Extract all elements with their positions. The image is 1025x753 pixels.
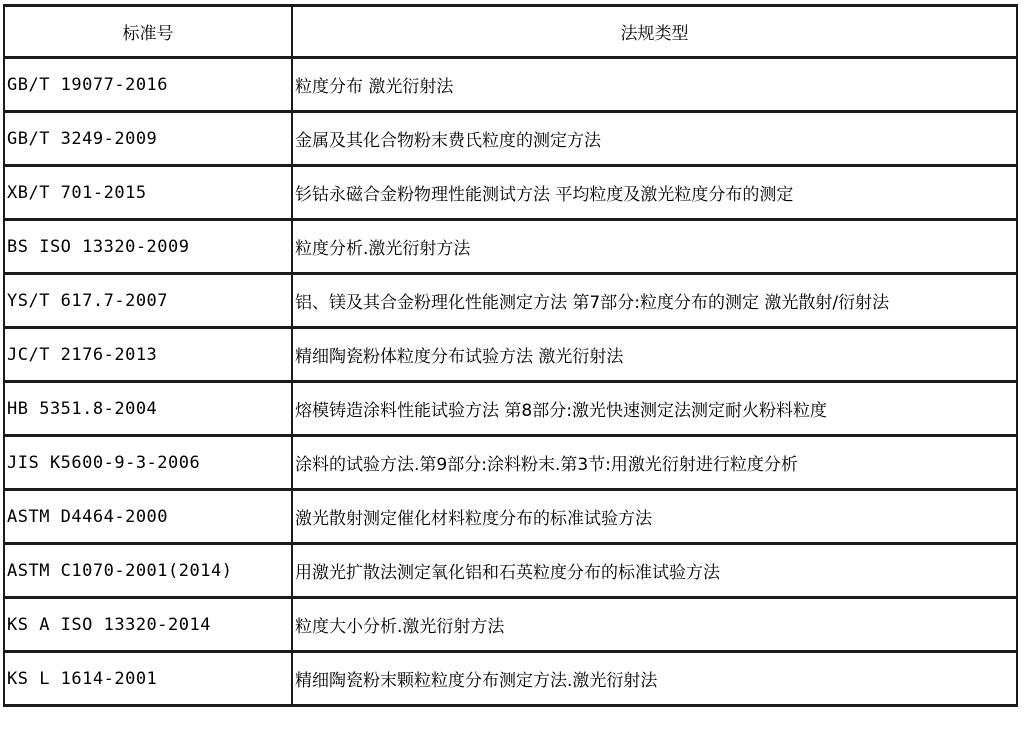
standard-no-cell: JIS K5600-9-3-2006 bbox=[4, 436, 292, 490]
column-header-standard-no: 标准号 bbox=[4, 6, 292, 58]
standard-no-cell: ASTM D4464-2000 bbox=[4, 490, 292, 544]
table-row: XB/T 701-2015 钐钴永磁合金粉物理性能测试方法 平均粒度及激光粒度分… bbox=[4, 166, 1017, 220]
regulation-type-cell: 粒度分布 激光衍射法 bbox=[292, 58, 1017, 112]
table-row: KS A ISO 13320-2014 粒度大小分析.激光衍射方法 bbox=[4, 598, 1017, 652]
regulation-type-cell: 用激光扩散法测定氧化铝和石英粒度分布的标准试验方法 bbox=[292, 544, 1017, 598]
table-row: GB/T 19077-2016 粒度分布 激光衍射法 bbox=[4, 58, 1017, 112]
regulation-type-cell: 粒度分析.激光衍射方法 bbox=[292, 220, 1017, 274]
table-row: YS/T 617.7-2007 铝、镁及其合金粉理化性能测定方法 第7部分:粒度… bbox=[4, 274, 1017, 328]
standard-no-cell: KS A ISO 13320-2014 bbox=[4, 598, 292, 652]
regulation-type-cell: 金属及其化合物粉末费氏粒度的测定方法 bbox=[292, 112, 1017, 166]
standard-no-cell: JC/T 2176-2013 bbox=[4, 328, 292, 382]
table-row: GB/T 3249-2009 金属及其化合物粉末费氏粒度的测定方法 bbox=[4, 112, 1017, 166]
standard-no-cell: ASTM C1070-2001(2014) bbox=[4, 544, 292, 598]
regulation-type-cell: 精细陶瓷粉体粒度分布试验方法 激光衍射法 bbox=[292, 328, 1017, 382]
table-row: BS ISO 13320-2009 粒度分析.激光衍射方法 bbox=[4, 220, 1017, 274]
standard-no-cell: BS ISO 13320-2009 bbox=[4, 220, 292, 274]
page: 标准号 法规类型 GB/T 19077-2016 粒度分布 激光衍射法 GB/T… bbox=[0, 0, 1025, 753]
regulation-type-cell: 精细陶瓷粉末颗粒粒度分布测定方法.激光衍射法 bbox=[292, 652, 1017, 706]
table-row: HB 5351.8-2004 熔模铸造涂料性能试验方法 第8部分:激光快速测定法… bbox=[4, 382, 1017, 436]
column-header-regulation-type: 法规类型 bbox=[292, 6, 1017, 58]
header-row: 标准号 法规类型 bbox=[4, 6, 1017, 58]
regulation-type-cell: 激光散射测定催化材料粒度分布的标准试验方法 bbox=[292, 490, 1017, 544]
standard-no-cell: GB/T 3249-2009 bbox=[4, 112, 292, 166]
regulation-type-cell: 粒度大小分析.激光衍射方法 bbox=[292, 598, 1017, 652]
table-row: ASTM C1070-2001(2014) 用激光扩散法测定氧化铝和石英粒度分布… bbox=[4, 544, 1017, 598]
standard-no-cell: GB/T 19077-2016 bbox=[4, 58, 292, 112]
standards-table: 标准号 法规类型 GB/T 19077-2016 粒度分布 激光衍射法 GB/T… bbox=[3, 4, 1018, 707]
regulation-type-cell: 钐钴永磁合金粉物理性能测试方法 平均粒度及激光粒度分布的测定 bbox=[292, 166, 1017, 220]
table-row: ASTM D4464-2000 激光散射测定催化材料粒度分布的标准试验方法 bbox=[4, 490, 1017, 544]
standard-no-cell: XB/T 701-2015 bbox=[4, 166, 292, 220]
standard-no-cell: YS/T 617.7-2007 bbox=[4, 274, 292, 328]
standard-no-cell: KS L 1614-2001 bbox=[4, 652, 292, 706]
regulation-type-cell: 涂料的试验方法.第9部分:涂料粉末.第3节:用激光衍射进行粒度分析 bbox=[292, 436, 1017, 490]
table-row: KS L 1614-2001 精细陶瓷粉末颗粒粒度分布测定方法.激光衍射法 bbox=[4, 652, 1017, 706]
regulation-type-cell: 熔模铸造涂料性能试验方法 第8部分:激光快速测定法测定耐火粉料粒度 bbox=[292, 382, 1017, 436]
table-row: JIS K5600-9-3-2006 涂料的试验方法.第9部分:涂料粉末.第3节… bbox=[4, 436, 1017, 490]
table-row: JC/T 2176-2013 精细陶瓷粉体粒度分布试验方法 激光衍射法 bbox=[4, 328, 1017, 382]
standard-no-cell: HB 5351.8-2004 bbox=[4, 382, 292, 436]
regulation-type-cell: 铝、镁及其合金粉理化性能测定方法 第7部分:粒度分布的测定 激光散射/衍射法 bbox=[292, 274, 1017, 328]
